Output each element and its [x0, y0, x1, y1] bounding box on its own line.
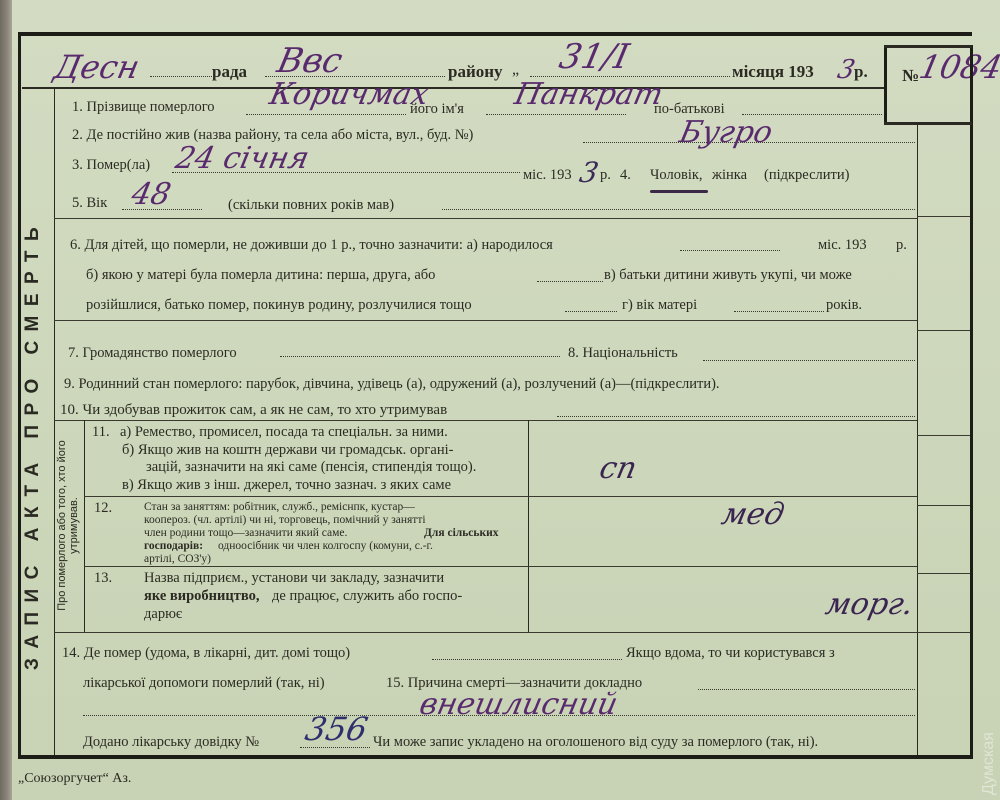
side-group-line — [84, 420, 85, 632]
f12-l3a: член родини тощо—зазначити який саме. — [144, 527, 347, 540]
numbox-bottom — [884, 122, 972, 125]
f14-label: 14. Де помер (удома, в лікарні, дит. дом… — [62, 645, 350, 661]
f6-line3a: розійшлися, батько помер, покинув родину… — [86, 297, 472, 313]
frame-bottom — [18, 755, 973, 759]
frame-left — [18, 32, 21, 758]
f5-age-label: 5. Вік — [72, 195, 107, 211]
f13-l2a: яке виробництво, — [144, 588, 259, 604]
f15-dots — [698, 689, 915, 690]
hw-death-date: 24 січня — [173, 144, 312, 174]
f11-num: 11. — [92, 424, 110, 440]
f12-l3b: Для сільських — [424, 527, 498, 540]
f7-dots — [280, 356, 560, 357]
vertical-title: ЗАПИС АКТА ПРО СМЕРТЬ — [22, 218, 44, 670]
f10-dots — [557, 416, 915, 417]
raion-label: району — [448, 64, 503, 80]
f13-l1: Назва підприєм., установи чи закладу, за… — [144, 570, 444, 586]
f8-dots — [703, 360, 915, 361]
f5-age-note: (скільки повних років мав) — [228, 197, 394, 213]
f6-line1-suffix: р. — [896, 237, 907, 253]
f12-l4a: господарів: — [144, 540, 203, 553]
f3-month-label: міс. 193 — [523, 167, 572, 183]
hw-surname: Коричмах — [267, 80, 432, 110]
f10-label: 10. Чи здобував прожиток сам, а як не са… — [60, 402, 447, 418]
frame-top — [18, 32, 972, 36]
quote-open: „ — [512, 62, 519, 78]
court-label: Чи може запис укладено на оголошеного ві… — [373, 734, 818, 750]
f11-a: а) Ремество, промисел, посада та спеціал… — [120, 424, 448, 440]
f14-cont2: лікарської допомоги померлий (так, ні) — [83, 675, 325, 691]
f11-b1: б) Якщо жив на коштн держави чи громадсь… — [122, 442, 453, 458]
f4-sex-label: 4. — [620, 167, 631, 183]
margin-divider-4 — [917, 505, 970, 506]
f6-order-dots — [537, 281, 603, 282]
f13-l3: дарює — [144, 606, 182, 622]
f6-line1-end: міс. 193 — [818, 237, 867, 253]
hw-residence: Бугро — [677, 118, 775, 148]
margin-divider-5 — [917, 573, 970, 574]
f1-name-dots — [486, 114, 626, 115]
f7-label: 7. Громадянство померлого — [68, 345, 237, 361]
month-label: місяця 193 — [732, 64, 814, 80]
f6-line2a: б) якою у матері була померла дитина: пе… — [86, 267, 435, 283]
hw-f12-answer: мед — [719, 500, 787, 530]
margin-divider-2 — [917, 330, 970, 331]
male-underline-mark — [650, 190, 708, 193]
f6-line1: 6. Для дітей, що померли, не доживши до … — [70, 237, 553, 253]
numbox-left — [884, 45, 887, 125]
f12-l2: коопероз. (чл. артілі) чи ні, торговець,… — [144, 514, 426, 527]
f13-num: 13. — [94, 570, 112, 586]
gutter-line — [54, 87, 55, 755]
f1-name-label: його ім'я — [410, 101, 464, 117]
f6-status-dots — [565, 311, 617, 312]
f12-l4b: одноосібник чи член колгоспу (комуни, с.… — [218, 540, 433, 553]
watermark: Думская — [980, 732, 998, 795]
f1-surname-dots — [246, 114, 406, 115]
hw-date: 31/I — [557, 42, 632, 72]
hw-cause-of-death: внешлисний — [417, 690, 620, 720]
row13-divider — [54, 632, 917, 633]
publisher-imprint: „Союзоргучет“ Аз. — [18, 771, 131, 787]
hw-record-number: 1084 — [917, 52, 1000, 82]
hw-certificate-number: 356 — [303, 714, 370, 744]
f6-line3b: г) вік матері — [622, 297, 697, 313]
margin-divider-3 — [917, 435, 970, 436]
f6-born-dots — [680, 250, 780, 251]
f6-mother-age-dots — [734, 311, 824, 312]
margin-divider-1 — [917, 216, 970, 217]
frame-right — [970, 45, 973, 758]
f8-label: 8. Національність — [568, 345, 678, 361]
binding-edge — [0, 0, 12, 800]
answer-column-line — [528, 420, 529, 632]
f12-l5: артілі, СОЗ'у) — [144, 553, 211, 566]
f4-female-option: жінка — [712, 167, 747, 183]
f14-cont: Якщо вдома, то чи користувався з — [626, 645, 835, 661]
f3-died-label: 3. Помер(ла) — [72, 157, 150, 173]
f11-b2: зацій, зазначити на які саме (пенсія, ст… — [146, 459, 476, 475]
f6-line3c: років. — [826, 297, 862, 313]
f5-dots — [442, 209, 915, 210]
f12-num: 12. — [94, 500, 112, 516]
council-dots — [150, 76, 212, 77]
hw-death-year-digit: 3 — [577, 158, 601, 188]
numbox-top — [884, 45, 972, 48]
f11-c: в) Якщо жив з інш. джерел, точно зазнач.… — [122, 477, 451, 493]
f6-line2b: в) батьки дитини живуть укупі, чи може — [604, 267, 852, 283]
f9-label: 9. Родинний стан померлого: парубок, дів… — [64, 376, 720, 392]
f4-male-option: Чоловік, — [650, 167, 703, 183]
side-group-label: Про померлого або того, хто його утримув… — [56, 423, 80, 628]
row6-divider — [54, 320, 917, 321]
year-suffix: р. — [854, 64, 868, 80]
hw-f11-answer: сп — [597, 454, 640, 484]
rada-label: рада — [212, 64, 247, 80]
margin-divider-6 — [917, 632, 970, 633]
row10-divider — [54, 420, 917, 421]
document-page: Десн рада Ввс району „ 31/I місяця 193 3… — [0, 0, 1000, 800]
cert-label: Додано лікарську довідку № — [83, 734, 259, 750]
hw-f13-answer: морг. — [823, 590, 916, 620]
row5-divider — [54, 218, 917, 219]
hw-age: 48 — [129, 180, 174, 210]
f12-l1: Стан за заняттям: робітник, служб., ремі… — [144, 501, 415, 514]
hw-first-name: Панкрат — [512, 80, 666, 110]
f3-year-suffix: р. — [600, 167, 611, 183]
row12-divider — [84, 566, 917, 567]
f13-l2b: де працює, служить або госпо- — [272, 588, 462, 604]
f14-dots — [432, 659, 622, 660]
hw-raion: Ввс — [275, 46, 345, 76]
row11-divider — [84, 496, 917, 497]
hw-council: Десн — [52, 52, 142, 82]
f4-note: (підкреслити) — [764, 167, 849, 183]
header-divider — [22, 87, 884, 89]
f1-surname-label: 1. Прізвище померлого — [72, 99, 215, 115]
